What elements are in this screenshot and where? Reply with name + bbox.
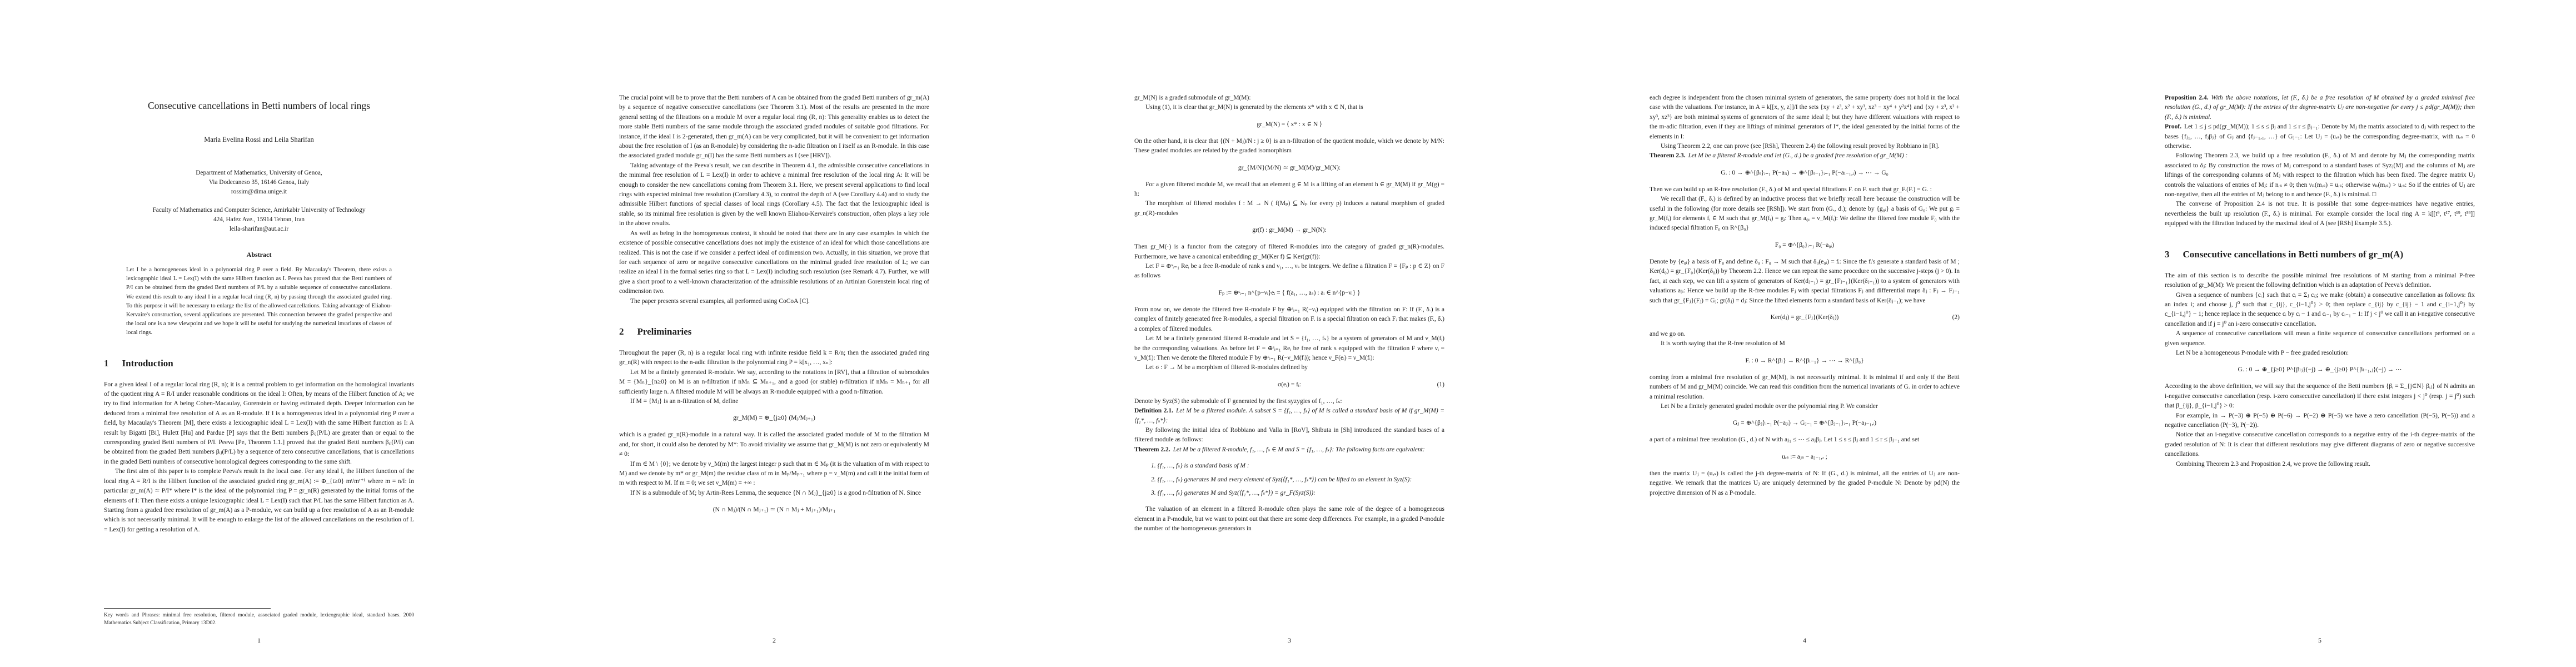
section-title: Introduction [122, 358, 173, 369]
page-5: Proposition 2.4.With the above notations… [2061, 0, 2576, 667]
formula: (N ∩ Mⱼ)/(N ∩ Mⱼ₊₁) ≃ (N ∩ Mⱼ + Mⱼ₊₁)/Mⱼ… [713, 506, 836, 513]
page-4: each degree is independent from the chos… [1546, 0, 2061, 667]
paragraph: According to the above definition, we wi… [2165, 382, 2475, 411]
paragraph: then the matrix Uⱼ = (uᵣₛ) is called the… [1650, 469, 1960, 498]
paper-authors: Maria Evelina Rossi and Leila Sharifan [104, 136, 414, 144]
labeled-statement: Proof.Let 1 ≤ j ≤ pd(gr_M(M)); 1 ≤ s ≤ β… [2165, 122, 2475, 151]
labeled-statement: Theorem 2.3.Let M be a filtered R-module… [1650, 151, 1960, 161]
footnote-rule [104, 608, 271, 609]
page-number: 5 [2165, 636, 2475, 645]
paragraph: For a given filtered module M, we recall… [1134, 180, 1444, 200]
affiliation-line: Department of Mathematics, University of… [104, 168, 414, 178]
paragraph: Given a sequence of numbers {cᵢ} such th… [2165, 291, 2475, 330]
section-number: 2 [619, 326, 624, 337]
paragraph: each degree is independent from the chos… [1650, 93, 1960, 142]
page-3: gr_M(N) is a graded submodule of gr_M(M)… [1030, 0, 1546, 667]
page-1: Consecutive cancellations in Betti numbe… [0, 0, 515, 667]
labeled-statement: Theorem 2.2.Let M be a filtered R-module… [1134, 445, 1444, 455]
paragraph: The first aim of this paper is to comple… [104, 467, 414, 535]
list-item: 3. {f₁, …, fₛ} generates M and Syz(⟨f₁*,… [1151, 489, 1444, 498]
page-number: 3 [1134, 636, 1444, 645]
paragraph: Let M be a finitely generated filtered R… [1134, 334, 1444, 363]
list-item: 2. {f₁, …, fₛ} generates M and every ele… [1151, 475, 1444, 485]
paragraph: For a given ideal I of a regular local r… [104, 380, 414, 467]
footnote-text: Key words and Phrases: minimal free reso… [104, 611, 414, 627]
equation-number: (2) [1952, 313, 1960, 322]
page-number: 1 [104, 636, 414, 645]
paragraph: The converse of Proposition 2.4 is not t… [2165, 200, 2475, 228]
paragraph: Then we can build up an R-free resolutio… [1650, 185, 1960, 195]
page-body: Consecutive cancellations in Betti numbe… [104, 0, 414, 667]
paragraph: coming from a minimal free resolution of… [1650, 373, 1960, 402]
formula: Gⱼ = ⊕^{βⱼ}ᵢ₌₁ P(−aⱼᵢ) → Gⱼ₋₁ = ⊕^{βⱼ₋₁}… [1733, 420, 1876, 426]
paragraph: Using (1), it is clear that gr_M(N) is g… [1134, 103, 1444, 112]
affiliation-line: leila-sharifan@aut.ac.ir [104, 225, 414, 234]
abstract-text: Let I be a homogeneous ideal in a polyno… [126, 266, 392, 338]
paragraph: For example, in → P(−3) ⊕ P(−5) ⊕ P(−6) … [2165, 411, 2475, 431]
affiliation-line: Faculty of Mathematics and Computer Scie… [104, 206, 414, 215]
formula: uᵣₛ := aⱼₛ − aⱼ₋₁,ᵣ ; [1782, 454, 1827, 460]
display-formula: gr(f) : gr_M(M) → gr_N(N): [1134, 226, 1444, 235]
display-formula: gr_M(N) = ⟨ x* : x ∈ N ⟩ [1134, 120, 1444, 130]
paragraph: and we go on. [1650, 330, 1960, 339]
formula: F₀ = ⊕^{β₀}ᵢ₌₁ R(−a₀ᵢ) [1775, 242, 1834, 248]
paragraph: We recall that (F., δ.) is defined by an… [1650, 195, 1960, 233]
section-heading: 2Preliminaries [619, 326, 929, 337]
statement-label: Proposition 2.4. [2165, 94, 2209, 101]
statement-label: Definition 2.1. [1134, 407, 1173, 414]
statement-text: Let M be a filtered module. A subset S =… [1134, 407, 1444, 424]
formula: F. : 0 → R^{βₗ} → R^{βₗ₋₁} → ⋯ → R^{β₀} [1745, 357, 1864, 364]
section-number: 3 [2165, 249, 2170, 260]
section-title: Consecutive cancellations in Betti numbe… [2183, 249, 2404, 260]
paragraph: Denote by {e₀ᵢ} a basis of F₀ and define… [1650, 257, 1960, 306]
paragraph: It is worth saying that the R-free resol… [1650, 339, 1960, 349]
paragraph: Then gr_M(·) is a functor from the categ… [1134, 242, 1444, 262]
affiliation-block: Faculty of Mathematics and Computer Scie… [104, 206, 414, 234]
paragraph: As well as being in the homogeneous cont… [619, 229, 929, 297]
paragraph: On the other hand, it is clear that {(N … [1134, 137, 1444, 156]
paragraph: If N is a submodule of M; by Artin-Rees … [619, 489, 929, 498]
section-heading: 1Introduction [104, 358, 414, 369]
statement-text: Let M be a filtered R-module and let (G.… [1688, 152, 1908, 159]
display-formula: (N ∩ Mⱼ)/(N ∩ Mⱼ₊₁) ≃ (N ∩ Mⱼ + Mⱼ₊₁)/Mⱼ… [619, 505, 929, 515]
paragraph: Let σ : F → M be a morphism of filtered … [1134, 363, 1444, 372]
display-formula: F. : 0 → R^{βₗ} → R^{βₗ₋₁} → ⋯ → R^{β₀} [1650, 356, 1960, 366]
page-2: The crucial point will be to prove that … [515, 0, 1030, 667]
paragraph: The crucial point will be to prove that … [619, 93, 929, 161]
affiliation-line: 424, Hafez Ave., 15914 Tehran, Iran [104, 215, 414, 225]
display-formula: Gⱼ = ⊕^{βⱼ}ᵢ₌₁ P(−aⱼᵢ) → Gⱼ₋₁ = ⊕^{βⱼ₋₁}… [1650, 419, 1960, 428]
formula: gr_M(N) = ⟨ x* : x ∈ N ⟩ [1257, 121, 1322, 128]
paper-title: Consecutive cancellations in Betti numbe… [104, 99, 414, 112]
paragraph: The paper presents several examples, all… [619, 297, 929, 306]
formula: gr_{M/N}(M/N) ≃ gr_M(M)/gr_M(N): [1238, 165, 1341, 171]
page-body: gr_M(N) is a graded submodule of gr_M(M)… [1134, 0, 1444, 667]
section-number: 1 [104, 358, 109, 369]
paper-strip: arXiv:0904.1086v1 [math.AC] 7 Apr 2009 C… [0, 0, 2576, 667]
paragraph: Following Theorem 2.3, we build up a fre… [2165, 151, 2475, 200]
page-number: 2 [619, 636, 929, 645]
paragraph: Let N be a finitely generated graded mod… [1650, 402, 1960, 411]
paragraph: A sequence of consecutive cancellations … [2165, 329, 2475, 349]
paragraph: Let M be a finitely generated R-module. … [619, 368, 929, 397]
statement-label: Proof. [2165, 123, 2181, 130]
formula: gr_M(M) = ⊕_{j≥0} (Mⱼ/Mⱼ₊₁) [733, 415, 815, 421]
section-title: Preliminaries [637, 326, 692, 337]
statement-text: Let M be a filtered R-module, f₁, …, fₛ … [1173, 446, 1425, 453]
numbered-list: 1. {f₁, …, fₛ} is a standard basis of M … [1151, 461, 1444, 498]
footnote: Key words and Phrases: minimal free reso… [104, 608, 414, 627]
paragraph: Throughout the paper (R, n) is a regular… [619, 349, 929, 368]
page-number: 4 [1650, 636, 1960, 645]
formula: σ(eᵢ) = fᵢ: [1278, 381, 1301, 388]
formula: gr(f) : gr_M(M) → gr_N(N): [1252, 227, 1327, 233]
paragraph: If m ∈ M \ {0}; we denote by ν_M(m) the … [619, 460, 929, 489]
display-formula: G. : 0 → ⊕^{βₗ}ᵢ₌₁ P(−aₗᵢ) → ⊕^{βₗ₋₁}ᵢ₌₁… [1650, 168, 1960, 178]
paragraph: The morphism of filtered modules f : M →… [1134, 199, 1444, 218]
paragraph: gr_M(N) is a graded submodule of gr_M(M)… [1134, 93, 1444, 103]
affiliation-line: Via Dodecaneso 35, 16146 Genoa, Italy [104, 178, 414, 187]
paragraph: If M = {Mⱼ} is an n-filtration of M, def… [619, 397, 929, 406]
labeled-statement: Proposition 2.4.With the above notations… [2165, 93, 2475, 122]
display-formula: uᵣₛ := aⱼₛ − aⱼ₋₁,ᵣ ; [1650, 452, 1960, 462]
paragraph: From now on, we denote the filtered free… [1134, 305, 1444, 334]
paragraph: Denote by Syz(S) the submodule of F gene… [1134, 397, 1444, 406]
labeled-statement: Definition 2.1.Let M be a filtered modul… [1134, 406, 1444, 426]
equation-number: (1) [1437, 380, 1444, 390]
paragraph: By following the initial idea of Robbian… [1134, 426, 1444, 445]
formula: Ker(dⱼ) = gr_{Fⱼ}(Ker(δⱼ)) [1771, 314, 1839, 321]
list-item: 1. {f₁, …, fₛ} is a standard basis of M … [1151, 461, 1444, 471]
paragraph: The aim of this section is to describe t… [2165, 271, 2475, 291]
affiliation-line: rossim@dima.unige.it [104, 187, 414, 197]
page-body: Proposition 2.4.With the above notations… [2165, 0, 2475, 667]
paragraph: Combining Theorem 2.3 and Proposition 2.… [2165, 460, 2475, 469]
paragraph: Using Theorem 2.2, one can prove (see [R… [1650, 142, 1960, 151]
section-heading: 3Consecutive cancellations in Betti numb… [2165, 249, 2475, 260]
display-formula: Ker(dⱼ) = gr_{Fⱼ}(Ker(δⱼ))(2) [1650, 313, 1960, 322]
page-body: each degree is independent from the chos… [1650, 0, 1960, 667]
formula: G. : 0 → ⊕_{j≥0} P^{βₗⱼ}(−j) → ⊕_{j≥0} P… [2238, 366, 2402, 373]
paragraph: The valuation of an element in a filtere… [1134, 505, 1444, 534]
paragraph: Taking advantage of the Peeva's result, … [619, 161, 929, 229]
display-formula: gr_{M/N}(M/N) ≃ gr_M(M)/gr_M(N): [1134, 163, 1444, 173]
paragraph: which is a graded gr_n(R)-module in a na… [619, 430, 929, 459]
statement-label: Theorem 2.2. [1134, 446, 1170, 453]
statement-text: With the above notations, let (F., δ.) b… [2165, 94, 2475, 121]
statement-text: Let 1 ≤ j ≤ pd(gr_M(M)); 1 ≤ s ≤ βⱼ and … [2165, 123, 2475, 150]
display-formula: σ(eᵢ) = fᵢ:(1) [1134, 380, 1444, 390]
statement-label: Theorem 2.3. [1650, 152, 1686, 159]
display-formula: F₀ = ⊕^{β₀}ᵢ₌₁ R(−a₀ᵢ) [1650, 241, 1960, 250]
paragraph: a part of a minimal free resolution (G.,… [1650, 435, 1960, 445]
abstract-heading: Abstract [104, 251, 414, 259]
display-formula: G. : 0 → ⊕_{j≥0} P^{βₗⱼ}(−j) → ⊕_{j≥0} P… [2165, 365, 2475, 375]
formula: Fₚ := ⊕ˢᵢ₌₁ n^{p−νᵢ}eᵢ = { f(a₁, …, aₛ) … [1218, 290, 1360, 296]
formula: G. : 0 → ⊕^{βₗ}ᵢ₌₁ P(−aₗᵢ) → ⊕^{βₗ₋₁}ᵢ₌₁… [1721, 170, 1888, 176]
display-formula: Fₚ := ⊕ˢᵢ₌₁ n^{p−νᵢ}eᵢ = { f(a₁, …, aₛ) … [1134, 288, 1444, 298]
paragraph: Let F = ⊕ˢᵢ₌₁ Reᵢ be a free R-module of … [1134, 262, 1444, 281]
page-body: The crucial point will be to prove that … [619, 0, 929, 667]
paragraph: Notice that an i-negative consecutive ca… [2165, 430, 2475, 459]
affiliation-block: Department of Mathematics, University of… [104, 168, 414, 197]
display-formula: gr_M(M) = ⊕_{j≥0} (Mⱼ/Mⱼ₊₁) [619, 414, 929, 423]
paragraph: Let N be a homogeneous P-module with P −… [2165, 349, 2475, 358]
